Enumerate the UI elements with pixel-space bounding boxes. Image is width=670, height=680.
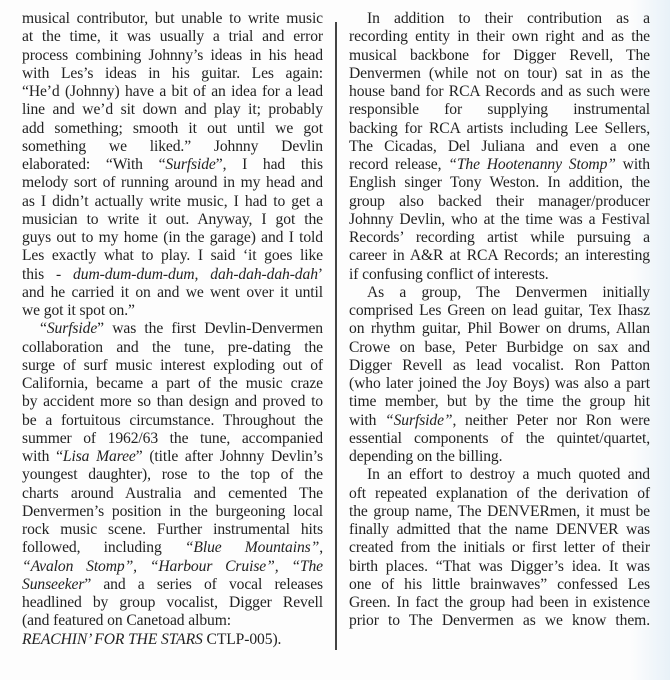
text-segment: elaborated: “With “ [22,156,165,173]
text-segment: with [349,412,385,429]
text-line: process combining Johnny’s ideas in his … [22,47,323,65]
italic-text: “The Hootenanny Stomp” [448,156,616,173]
text-line: depending on the billing. [349,448,650,466]
text-line: responsible for supplying instrumental [349,101,650,119]
text-line: created from the initials or first lette… [349,539,650,557]
text-line: Digger Revell as lead vocalist. Ron Patt… [349,357,650,375]
text-segment: ” (title after Johnny Devlin’s [136,448,323,465]
text-line: with Les’s ideas in his guitar. Les agai… [22,65,323,83]
text-line: charts around Australia and cemented The [22,485,323,503]
italic-text: dum-dum-dum-dum, dah-dah-dah-dah [73,266,318,283]
text-segment: ” was the first Devlin-Denvermen [97,320,323,337]
text-line: “Surfside” was the first Devlin-Denverme… [22,320,323,338]
text-line: “Avalon Stomp”, “Harbour Cruise”, “The [22,558,323,576]
italic-text: REACHIN’ FOR THE STARS [22,631,203,648]
text-segment: this - [22,266,73,283]
text-line: be a fortuitous circumstance. Throughout… [22,412,323,430]
text-line: Denvermen (while not on tour) sat in as … [349,65,650,83]
text-segment: followed, including [22,539,185,556]
text-line: In addition to their contribution as a [349,10,650,28]
italic-text: “Blue Mountains” [185,539,319,556]
text-line: guys out to my home (in the garage) and … [22,229,323,247]
text-line: finally admitted that the name DENVER wa… [349,521,650,539]
text-line: something we liked.” Johnny Devlin [22,138,323,156]
text-segment: record release, [349,156,448,173]
text-line: recording entity in their own right and … [349,28,650,46]
text-line: REACHIN’ FOR THE STARS CTLP-005). [22,631,323,649]
text-line: followed, including “Blue Mountains”, [22,539,323,557]
text-line: with “Surfside”, neither Peter nor Ron w… [349,412,650,430]
italic-text: Surfside [165,156,215,173]
text-segment: ” and a series of vocal releases [84,576,323,593]
text-line: “He’d (Johnny) have a bit of an idea for… [22,83,323,101]
italic-text: Surfside [47,320,97,337]
text-line: rock music scene. Further instrumental h… [22,521,323,539]
text-line: line and we’d sit down and play it; prob… [22,101,323,119]
text-line: (who later joined the Joy Boys) was also… [349,375,650,393]
text-line: oft repeated explanation of the derivati… [349,485,650,503]
text-line: headlined by group vocalist, Digger Reve… [22,594,323,612]
text-line: if confusing conflict of interests. [349,266,650,284]
text-line: Crowe on base, Peter Burbidge on sax and [349,339,650,357]
text-segment: , neither Peter nor Ron were [453,412,651,429]
text-line: Sunseeker” and a series of vocal release… [22,576,323,594]
text-line: at the time, it was usually a trial and … [22,28,323,46]
text-line: prior to The Denvermen as we know them. [349,612,650,630]
italic-text: “Avalon Stomp”, “Harbour Cruise”, “The [22,558,323,575]
text-line: birth places. “That was Digger’s idea. I… [349,558,650,576]
text-segment: ’ [318,266,323,283]
text-line: musical contributor, but unable to write… [22,10,323,28]
text-line: As a group, The Denvermen initially [349,284,650,302]
italic-text: “Surfside” [385,412,452,429]
text-line: Denvermen’s position in the burgeoning l… [22,503,323,521]
text-line: we got it spot on.” [22,302,323,320]
text-line: the group name, The DENVERmen, it must b… [349,503,650,521]
left-column: musical contributor, but unable to write… [22,10,323,649]
text-line: musical backbone for Digger Revell, The [349,47,650,65]
text-line: California, became a part of the music c… [22,375,323,393]
text-line: with “Lisa Maree” (title after Johnny De… [22,448,323,466]
column-divider [335,22,337,650]
text-line: Green. In fact the group had been in exi… [349,594,650,612]
text-line: Les exactly what to play. I said ‘it goe… [22,247,323,265]
text-segment: CTLP-005). [203,631,282,648]
italic-text: Sunseeker [22,576,84,593]
text-line: as I didn’t actually write music, I had … [22,193,323,211]
text-line: Johnny Devlin, who at the time was a Fes… [349,211,650,229]
text-line: melody sort of running around in my head… [22,174,323,192]
text-segment: with “ [22,448,63,465]
text-segment: ”, I had this [216,156,323,173]
text-line: summer of 1962/63 the tune, accompanied [22,430,323,448]
text-segment: with [616,156,650,173]
text-line: time member, but by the time the group h… [349,393,650,411]
text-line: (and featured on Canetoad album: [22,612,323,630]
text-line: collaboration and the tune, pre-dating t… [22,339,323,357]
text-line: this - dum-dum-dum-dum, dah-dah-dah-dah’ [22,266,323,284]
text-line: house band for RCA Records and as such w… [349,83,650,101]
text-line: on rhythm guitar, Phil Bower on drums, A… [349,320,650,338]
text-segment: , [319,539,323,556]
text-line: group also backed their manager/producer [349,193,650,211]
text-line: musician to write it out. Anyway, I got … [22,211,323,229]
text-line: elaborated: “With “Surfside”, I had this [22,156,323,174]
text-line: youngest daughter), rose to the top of t… [22,466,323,484]
text-line: In an effort to destroy a much quoted an… [349,466,650,484]
text-line: record release, “The Hootenanny Stomp” w… [349,156,650,174]
text-line: and he carried it on and we went over it… [22,284,323,302]
text-line: essential components of the quintet/quar… [349,430,650,448]
italic-text: Lisa Maree [63,448,136,465]
right-column: In addition to their contribution as are… [349,10,650,631]
text-line: by accident more so than design and prov… [22,393,323,411]
text-line: backing for RCA artists including Lee Se… [349,120,650,138]
text-line: English singer Tony Weston. In addition,… [349,174,650,192]
text-segment: “ [40,320,47,337]
text-line: one of his little brainwaves” confessed … [349,576,650,594]
text-line: The Cicadas, Del Juliana and even a one [349,138,650,156]
text-line: add something; smooth it out until we go… [22,120,323,138]
text-line: career in A&R at RCA Records; an interes… [349,247,650,265]
text-line: comprised Les Green on lead guitar, Tex … [349,302,650,320]
text-line: Records’ recording artist while pursuing… [349,229,650,247]
text-line: surge of surf music interest exploding o… [22,357,323,375]
